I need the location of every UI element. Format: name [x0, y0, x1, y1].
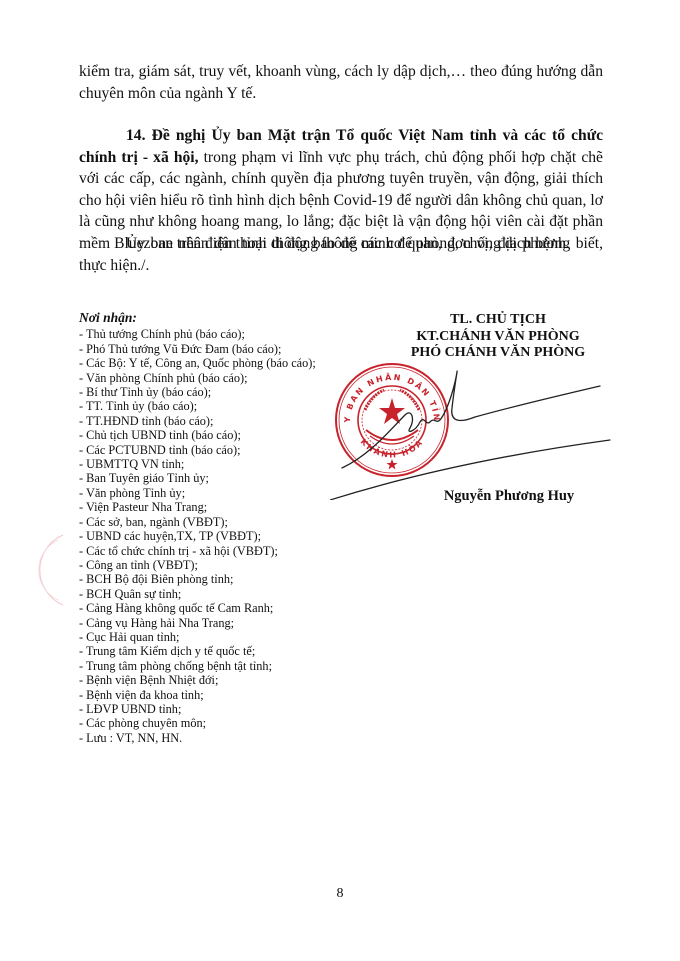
recipient-item: - Thủ tướng Chính phủ (báo cáo); [79, 327, 369, 341]
recipients-title: Nơi nhận: [79, 311, 369, 325]
faint-stamp-mark-icon [28, 530, 68, 610]
recipient-item: - Viện Pasteur Nha Trang; [79, 500, 369, 514]
signature-line-1: TL. CHỦ TỊCH [384, 312, 612, 329]
recipient-item: - BCH Bộ đội Biên phòng tỉnh; [79, 572, 369, 586]
recipient-item: - Chủ tịch UBND tỉnh (báo cáo); [79, 428, 369, 442]
recipient-item: - Bệnh viện Bệnh Nhiệt đới; [79, 673, 369, 687]
recipient-item: - UBND các huyện,TX, TP (VBĐT); [79, 529, 369, 543]
recipient-item: - Trung tâm phòng chống bệnh tật tỉnh; [79, 659, 369, 673]
recipient-item: - Cục Hải quan tỉnh; [79, 630, 369, 644]
recipient-item: - BCH Quân sự tỉnh; [79, 587, 369, 601]
recipient-item: - Cảng vụ Hàng hải Nha Trang; [79, 616, 369, 630]
recipient-item: - Các tổ chức chính trị - xã hội (VBĐT); [79, 544, 369, 558]
recipients-items: - Thủ tướng Chính phủ (báo cáo);- Phó Th… [79, 327, 369, 745]
recipient-item: - Trung tâm Kiểm dịch y tế quốc tế; [79, 644, 369, 658]
recipient-item: - Bí thư Tỉnh ủy (báo cáo); [79, 385, 369, 399]
recipient-item: - Lưu : VT, NN, HN. [79, 731, 369, 745]
recipient-item: - Bệnh viện đa khoa tỉnh; [79, 688, 369, 702]
document-page: kiểm tra, giám sát, truy vết, khoanh vùn… [0, 0, 680, 961]
recipient-item: - Cảng Hàng không quốc tế Cam Ranh; [79, 601, 369, 615]
recipient-item: - Văn phòng Chính phủ (báo cáo); [79, 371, 369, 385]
recipient-item: - TT.HĐND tỉnh (báo cáo); [79, 414, 369, 428]
recipient-item: - Ban Tuyên giáo Tỉnh ủy; [79, 471, 369, 485]
recipient-item: - Văn phòng Tỉnh ủy; [79, 486, 369, 500]
page-number: 8 [0, 886, 680, 902]
recipient-item: - Các Bộ: Y tế, Công an, Quốc phòng (báo… [79, 356, 369, 370]
signature-title-block: TL. CHỦ TỊCH KT.CHÁNH VĂN PHÒNG PHÓ CHÁN… [384, 312, 612, 362]
recipient-item: - TT. Tỉnh ủy (báo cáo); [79, 399, 369, 413]
recipient-item: - Các phòng chuyên môn; [79, 716, 369, 730]
recipient-item: - UBMTTQ VN tỉnh; [79, 457, 369, 471]
recipients-list: Nơi nhận: - Thủ tướng Chính phủ (báo cáo… [79, 311, 369, 745]
paragraph-continuation: kiểm tra, giám sát, truy vết, khoanh vùn… [79, 61, 603, 104]
recipient-item: - Các sở, ban, ngành (VBĐT); [79, 515, 369, 529]
paragraph-closing: Ủy ban nhân dân tỉnh thông báo để các cơ… [79, 233, 603, 276]
recipient-item: - Các PCTUBND tỉnh (báo cáo); [79, 443, 369, 457]
signer-name: Nguyễn Phương Huy [424, 488, 594, 505]
recipient-item: - Công an tỉnh (VBĐT); [79, 558, 369, 572]
recipient-item: - LĐVP UBND tỉnh; [79, 702, 369, 716]
signature-line-2: KT.CHÁNH VĂN PHÒNG [384, 329, 612, 346]
recipient-item: - Phó Thủ tướng Vũ Đức Đam (báo cáo); [79, 342, 369, 356]
handwritten-signature-icon [330, 360, 630, 500]
